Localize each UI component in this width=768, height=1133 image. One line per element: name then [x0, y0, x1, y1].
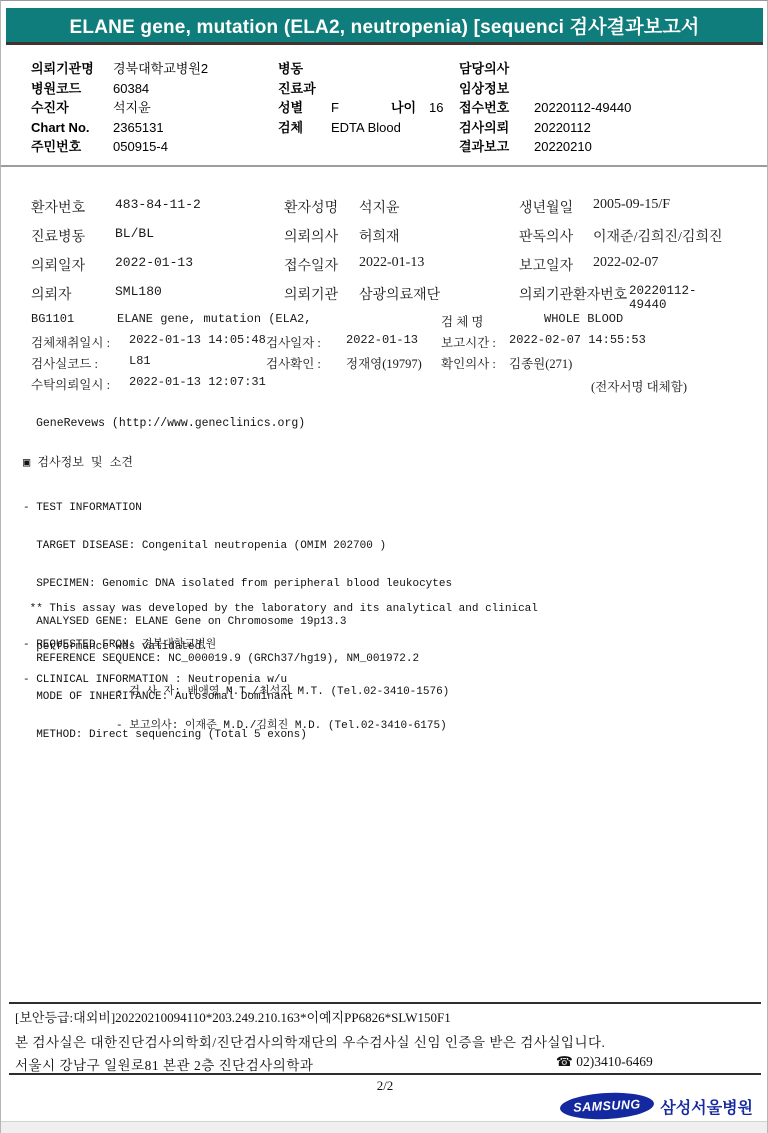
field-label: 접수일자 — [284, 255, 359, 275]
examiner-line: - 검 사 자: 배애영 M.T./최석진 M.T. (Tel.02-3410-… — [116, 687, 449, 698]
accreditation-line: 본 검사실은 대한진단검사의학회/진단검사의학재단의 우수검사실 신임 인증을 … — [15, 1031, 605, 1051]
field-value: 2022-01-13 14:05:48 — [129, 333, 266, 347]
field-value: 허희재 — [359, 226, 519, 246]
field-label: 의뢰자 — [31, 284, 115, 312]
field-label: 보고일자 — [519, 255, 593, 275]
test-header-block: BG1101 ELANE gene, mutation (ELA2, 검 체 명… — [31, 312, 761, 407]
field-value: 2022-01-13 — [359, 255, 519, 275]
header-row: 진료과 — [278, 79, 443, 99]
field-label: 접수번호 — [459, 98, 534, 118]
field-label: 성별 — [278, 98, 331, 118]
field-value: 20220112-49440 — [629, 284, 725, 312]
field-label: 의뢰기관환자번호 — [519, 284, 629, 312]
field-label: 확인의사 : — [441, 354, 496, 372]
header-row: 성별F나이16 — [278, 98, 443, 118]
field-label: 의뢰기관 — [284, 284, 359, 312]
header-col-2: 병동 진료과 성별F나이16 검체EDTA Blood — [278, 59, 443, 137]
test-name: ELANE gene, mutation (ELA2, — [117, 312, 311, 326]
field-label: 생년월일 — [519, 197, 593, 217]
hospital-logo: SAMSUNG 삼성서울병원 — [560, 1093, 753, 1119]
header-row: 접수번호20220112-49440 — [459, 98, 631, 118]
field-value: 050915-4 — [113, 137, 168, 157]
field-label: 검체채취일시 : — [31, 333, 110, 351]
security-line: [보안등급:대외비]20220210094110*203.249.210.163… — [15, 1007, 451, 1026]
field-label: 주민번호 — [31, 137, 113, 157]
specimen-value: WHOLE BLOOD — [544, 312, 623, 326]
field-value: F — [331, 98, 391, 118]
field-value: 2022-02-07 — [593, 255, 658, 275]
requested-from-line: - REQUESTED FROM: 경북대학교병원 — [23, 640, 287, 652]
field-label: 수진자 — [31, 98, 113, 118]
field-label: 나이 — [391, 98, 429, 118]
field-value: 석지윤 — [359, 197, 519, 217]
field-value: 삼광의료재단 — [359, 284, 519, 312]
text-line: ** This assay was developed by the labor… — [23, 603, 538, 616]
field-label: 보고시간 : — [441, 333, 496, 351]
text-line: TARGET DISEASE: Congenital neutropenia (… — [23, 540, 452, 553]
field-value: 20220112 — [534, 118, 591, 138]
footer-top-rule — [9, 1002, 761, 1004]
field-label: 판독의사 — [519, 226, 593, 246]
section-title: ▣ 검사정보 및 소견 — [23, 453, 133, 470]
field-label: 검사일자 : — [266, 333, 321, 351]
patient-row: 의뢰일자2022-01-13접수일자2022-01-13보고일자2022-02-… — [31, 255, 658, 275]
field-label: Chart No. — [31, 118, 113, 138]
field-label: 검사확인 : — [266, 354, 321, 372]
report-doctor-line: - 보고의사: 이재준 M.D./김희진 M.D. (Tel.02-3410-6… — [116, 721, 449, 732]
report-title: ELANE gene, mutation (ELA2, neutropenia)… — [70, 12, 700, 39]
window-bottom-strip — [1, 1121, 768, 1133]
text-line: - TEST INFORMATION — [23, 502, 452, 515]
field-value: 2005-09-15/F — [593, 197, 670, 217]
samsung-logo-text: SAMSUNG — [573, 1097, 641, 1115]
samsung-logo-icon: SAMSUNG — [560, 1091, 655, 1122]
field-value: 2022-01-13 — [115, 255, 284, 275]
patient-row: 진료병동BL/BL의뢰의사허희재판독의사이재준/김희진/김희진 — [31, 226, 723, 246]
title-bar: ELANE gene, mutation (ELA2, neutropenia)… — [6, 8, 763, 45]
field-label: 임상정보 — [459, 79, 534, 99]
footer-bottom-rule — [9, 1073, 761, 1075]
field-value: 이재준/김희진/김희진 — [593, 226, 723, 246]
patient-row: 의뢰자SML180의뢰기관삼광의료재단의뢰기관환자번호20220112-4944… — [31, 284, 725, 312]
field-value: L81 — [129, 354, 151, 368]
field-label: 검사실코드 : — [31, 354, 98, 372]
field-label: 담당의사 — [459, 59, 534, 79]
header-row: 임상정보 — [459, 79, 631, 99]
field-label: 진료병동 — [31, 226, 115, 246]
field-value: 경북대학교병원2 — [113, 59, 208, 79]
field-value: 2022-01-13 12:07:31 — [129, 375, 266, 389]
field-label: 의뢰의사 — [284, 226, 359, 246]
field-label: 검 체 명 — [441, 312, 483, 330]
phone-line: ☎ 02)3410-6469 — [556, 1054, 653, 1070]
field-label: 검사의뢰 — [459, 118, 534, 138]
field-value: 60384 — [113, 79, 149, 99]
patient-row: 환자번호483-84-11-2환자성명석지윤생년월일2005-09-15/F — [31, 197, 670, 217]
field-value: 16 — [429, 98, 443, 118]
field-label: 의뢰일자 — [31, 255, 115, 275]
header-row: 수진자석지윤 — [31, 98, 208, 118]
field-label: 진료과 — [278, 79, 331, 99]
field-value: 2365131 — [113, 118, 164, 138]
test-code: BG1101 — [31, 312, 74, 326]
field-label: 검체 — [278, 118, 331, 138]
field-value: 20220112-49440 — [534, 98, 631, 118]
header-col-3: 담당의사 임상정보 접수번호20220112-49440 검사의뢰2022011… — [459, 59, 631, 157]
field-label: 병동 — [278, 59, 331, 79]
header-row: 의뢰기관명경북대학교병원2 — [31, 59, 208, 79]
report-page: ELANE gene, mutation (ELA2, neutropenia)… — [0, 0, 768, 1133]
field-label: 환자번호 — [31, 197, 115, 217]
field-value: 2022-02-07 14:55:53 — [509, 333, 646, 347]
field-value: 석지윤 — [113, 98, 151, 118]
field-label: 수탁의뢰일시 : — [31, 375, 110, 393]
section-divider — [1, 165, 768, 167]
field-value: SML180 — [115, 284, 284, 312]
field-value: BL/BL — [115, 226, 284, 246]
header-row: Chart No.2365131 — [31, 118, 208, 138]
page-number: 2/2 — [1, 1078, 768, 1094]
esign-note: (전자서명 대체함) — [591, 377, 687, 395]
header-row: 검사의뢰20220112 — [459, 118, 631, 138]
phone-icon: ☎ — [556, 1054, 573, 1069]
address-line: 서울시 강남구 일원로81 본관 2층 진단검사의학과 — [15, 1054, 313, 1074]
field-label: 환자성명 — [284, 197, 359, 217]
phone-number: 02)3410-6469 — [576, 1054, 653, 1069]
header-row: 주민번호050915-4 — [31, 137, 208, 157]
field-value: EDTA Blood — [331, 118, 401, 138]
header-row: 담당의사 — [459, 59, 631, 79]
hospital-name: 삼성서울병원 — [660, 1095, 753, 1118]
field-label: 결과보고 — [459, 137, 534, 157]
field-value: 20220210 — [534, 137, 592, 157]
field-label: 병원코드 — [31, 79, 113, 99]
field-value: 김종원(271) — [509, 354, 572, 372]
gene-reference-line: GeneRevews (http://www.geneclinics.org) — [36, 417, 305, 430]
field-value: 2022-01-13 — [346, 333, 418, 347]
header-row: 결과보고20220210 — [459, 137, 631, 157]
signer-block: - 검 사 자: 배애영 M.T./최석진 M.T. (Tel.02-3410-… — [116, 664, 449, 755]
header-col-1: 의뢰기관명경북대학교병원2 병원코드60384 수진자석지윤 Chart No.… — [31, 59, 208, 157]
field-value: 정재영(19797) — [346, 354, 422, 372]
field-value: 483-84-11-2 — [115, 197, 284, 217]
field-label: 의뢰기관명 — [31, 59, 113, 79]
header-info-section: 의뢰기관명경북대학교병원2 병원코드60384 수진자석지윤 Chart No.… — [1, 59, 768, 161]
header-row: 검체EDTA Blood — [278, 118, 443, 138]
header-row: 병원코드60384 — [31, 79, 208, 99]
header-row: 병동 — [278, 59, 443, 79]
